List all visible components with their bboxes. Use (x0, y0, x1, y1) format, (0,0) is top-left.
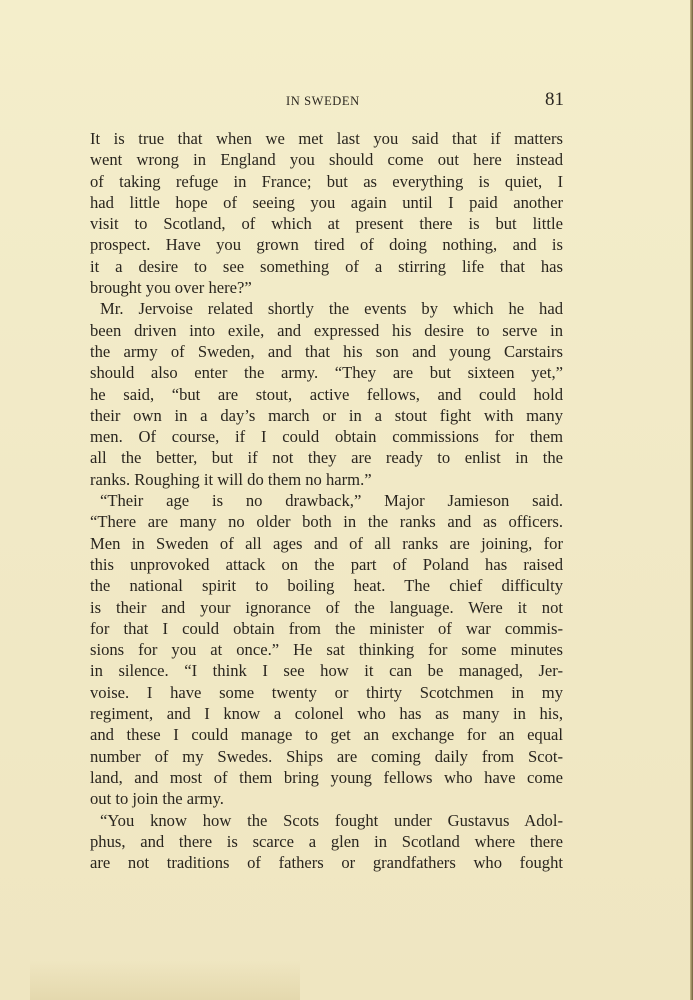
text-line: of taking refuge in France; but as every… (90, 171, 563, 192)
running-title: IN SWEDEN (286, 94, 360, 109)
text-line: number of my Swedes. Ships are coming da… (90, 746, 563, 767)
text-line: is their and your ignorance of the langu… (90, 597, 563, 618)
text-line: and these I could manage to get an excha… (90, 724, 563, 745)
text-line: visit to Scotland, of which at present t… (90, 213, 563, 234)
paragraph-start-line: Mr. Jervoise related shortly the events … (90, 298, 563, 319)
text-line: this unprovoked attack on the part of Po… (90, 554, 563, 575)
text-line: it a desire to see something of a stirri… (90, 256, 563, 277)
text-line: men. Of course, if I could obtain commis… (90, 426, 563, 447)
text-line: went wrong in England you should come ou… (90, 149, 563, 170)
text-line: brought you over here?” (90, 277, 563, 298)
page-number: 81 (545, 89, 564, 111)
text-line: been driven into exile, and expressed hi… (90, 320, 563, 341)
text-line: regiment, and I know a colonel who has a… (90, 703, 563, 724)
text-line: ranks. Roughing it will do them no harm.… (90, 469, 563, 490)
text-line: the national spirit to boiling heat. The… (90, 575, 563, 596)
text-line: had little hope of seeing you again unti… (90, 192, 563, 213)
text-line: out to join the army. (90, 788, 563, 809)
text-line: prospect. Have you grown tired of doing … (90, 234, 563, 255)
book-page: IN SWEDEN 81 It is true that when we met… (0, 0, 693, 1000)
text-line: Men in Sweden of all ages and of all ran… (90, 533, 563, 554)
text-line: “There are many no older both in the ran… (90, 511, 563, 532)
text-line: for that I could obtain from the ministe… (90, 618, 563, 639)
text-line: It is true that when we met last you sai… (90, 128, 563, 149)
paragraph-start-line: “Their age is no drawback,” Major Jamies… (90, 490, 563, 511)
running-head: IN SWEDEN 81 (286, 89, 564, 113)
text-line: the army of Sweden, and that his son and… (90, 341, 563, 362)
text-line: in silence. “I think I see how it can be… (90, 660, 563, 681)
text-line: phus, and there is scarce a glen in Scot… (90, 831, 563, 852)
text-line: are not traditions of fathers or grandfa… (90, 852, 563, 873)
text-line: all the better, but if not they are read… (90, 447, 563, 468)
text-line: sions for you at once.” He sat thinking … (90, 639, 563, 660)
text-line: their own in a day’s march or in a stout… (90, 405, 563, 426)
text-line: voise. I have some twenty or thirty Scot… (90, 682, 563, 703)
text-line: he said, “but are stout, active fellows,… (90, 384, 563, 405)
body-text: It is true that when we met last you sai… (90, 128, 563, 873)
text-line: land, and most of them bring young fello… (90, 767, 563, 788)
text-line: should also enter the army. “They are bu… (90, 362, 563, 383)
paragraph-start-line: “You know how the Scots fought under Gus… (90, 810, 563, 831)
